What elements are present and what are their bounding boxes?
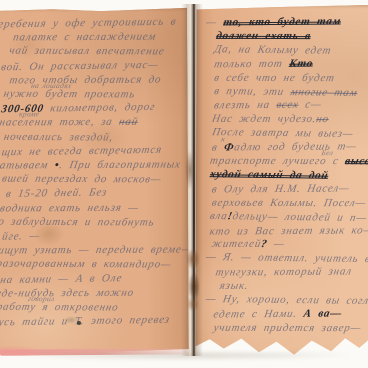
handwritten-line: водника ехать нельзя — bbox=[0, 201, 140, 214]
handwritten-text: верховьев Колымы. Посел— bbox=[211, 197, 367, 209]
handwritten-text: . При благоприятных bbox=[58, 159, 181, 172]
handwritten-text: в пути, эти bbox=[213, 85, 291, 98]
struck-text: Кто bbox=[288, 57, 314, 69]
handwritten-line: щих не всегда встречаются bbox=[1, 144, 163, 159]
binding-stains bbox=[183, 0, 203, 368]
handwritten-text: — Ну, хорошо, если вы согла— bbox=[205, 293, 368, 307]
handwritten-line: язык. bbox=[219, 280, 250, 292]
handwritten-text: с— bbox=[298, 99, 323, 111]
handwritten-line: работу я откровенноговорил bbox=[0, 301, 120, 314]
handwritten-text: ищут узнать — передние време— bbox=[0, 244, 189, 257]
handwritten-text: учителя придется завер— bbox=[213, 322, 363, 334]
handwritten-line: ночевались звездой, bbox=[3, 130, 114, 143]
handwritten-text: ночевались звездой, bbox=[3, 130, 114, 143]
handwritten-text: на камни — А в Оле bbox=[0, 272, 123, 286]
handwritten-line: влезть на всех с— bbox=[213, 99, 323, 112]
handwritten-line: в 15-20 дней. Без bbox=[5, 187, 108, 201]
struck-text: должен ехать в bbox=[215, 30, 312, 42]
handwritten-text: кто из Вас знает язык ко— bbox=[209, 224, 368, 237]
handwritten-text: влезть на bbox=[213, 99, 277, 111]
handwritten-line: верховьев Колымы. Посел— bbox=[211, 197, 367, 209]
handwritten-line: нужно будет проехатьна лошадях bbox=[3, 88, 137, 101]
handwritten-line: едете с Нами. А ва— bbox=[213, 307, 344, 320]
handwritten-line: разочарованным в командиро— bbox=[0, 258, 173, 271]
handwritten-line: усь тайги и Т. этого перевез bbox=[0, 314, 171, 329]
handwritten-line: худой самый да дой bbox=[209, 168, 330, 182]
handwritten-text: атываем bbox=[0, 159, 56, 171]
interline-insert: на лошадях bbox=[30, 80, 73, 92]
handwritten-text: вой. Он рассказывал учас— bbox=[0, 58, 159, 72]
handwritten-line: — то, кто будет там bbox=[205, 15, 342, 28]
struck-text: худой самый да дой bbox=[209, 168, 330, 182]
right-page: — то, кто будет тамдолжен ехать вДа, на … bbox=[196, 4, 368, 360]
handwritten-text: йге. — bbox=[1, 230, 41, 243]
handwritten-line: — Я. — ответил. учитель в bbox=[205, 251, 368, 265]
handwritten-text: — Я. — ответил. учитель в bbox=[205, 251, 368, 265]
dark-ink-text: А ва— bbox=[303, 307, 344, 319]
handwritten-line: чай записывал впечатление bbox=[8, 45, 165, 58]
handwritten-text: работу я откровенно bbox=[0, 301, 120, 314]
handwritten-text: о заблудиться и погибнуть bbox=[0, 215, 156, 228]
handwritten-text: только тот bbox=[213, 57, 290, 70]
struck-text: но bbox=[315, 113, 330, 125]
struck-text: то, кто будет там bbox=[222, 15, 342, 28]
left-page-text: гребения у офе устроившись впалатке с на… bbox=[0, 6, 189, 353]
handwritten-text: усь тайги и Т. этого перевез bbox=[0, 314, 171, 329]
handwritten-line: палатке с наслаждением bbox=[12, 31, 157, 44]
handwritten-text: палатке с наслаждением bbox=[12, 31, 157, 44]
handwritten-text: в 15-20 дней. Без bbox=[5, 187, 108, 201]
handwritten-line: После завтра мы выез— bbox=[211, 126, 354, 140]
handwritten-line: вой. Он рассказывал учас— bbox=[0, 58, 159, 72]
right-page-text: — то, кто будет тамдолжен ехать вДа, на … bbox=[196, 4, 368, 360]
handwritten-line: атываем •. При благоприятных bbox=[0, 159, 182, 172]
handwritten-text: чай записывал впечатление bbox=[8, 45, 165, 58]
handwritten-text: разочарованным в командиро— bbox=[0, 258, 173, 271]
handwritten-line: тунгузки, который знал bbox=[215, 266, 353, 279]
ink-speck bbox=[77, 321, 81, 325]
handwritten-text: в себе что не будет bbox=[213, 71, 336, 83]
struck-text: най bbox=[118, 116, 139, 128]
handwritten-text: водника ехать нельзя — bbox=[0, 201, 140, 214]
handwritten-line: Нас ждет чудезо.но bbox=[211, 113, 330, 125]
handwritten-line: вла!дельцу— лошадей и п— bbox=[209, 210, 368, 224]
handwritten-line: — Ну, хорошо, если вы согла— bbox=[205, 293, 368, 307]
handwritten-line: населения тоже, за найкроме bbox=[0, 116, 139, 129]
handwritten-line: о заблудиться и погибнуть bbox=[0, 215, 156, 228]
handwritten-line: жителей? — bbox=[211, 238, 286, 250]
handwritten-text: вшей переездах до москов— bbox=[1, 173, 162, 186]
struck-text: всех bbox=[275, 99, 299, 111]
handwritten-line: йге. — bbox=[1, 230, 41, 243]
handwritten-line: в себе что не будет bbox=[213, 71, 336, 83]
handwritten-text: язык. bbox=[219, 280, 250, 292]
handwritten-line: только тот Кто bbox=[213, 57, 314, 70]
left-page: гребения у офе устроившись впалатке с на… bbox=[0, 6, 189, 353]
notebook-photo: гребения у офе устроившись впалатке с на… bbox=[0, 0, 368, 368]
handwritten-line: гребения у офе устроившись в bbox=[0, 16, 177, 31]
handwritten-text: в Олу для Н.М. Насел— bbox=[211, 182, 351, 195]
handwritten-line: транспорте лучшего с высокБел bbox=[209, 155, 368, 167]
handwritten-line: в Олу для Н.М. Насел— bbox=[211, 182, 351, 195]
handwritten-line: в Фадлю год будешь т—к bbox=[211, 141, 358, 154]
handwritten-line: где-нибудь здесь можно bbox=[0, 287, 135, 300]
struck-text: многие там bbox=[289, 86, 358, 99]
handwritten-text: тунгузки, который знал bbox=[215, 266, 353, 279]
handwritten-text: Да, на Колыму едет bbox=[213, 43, 332, 57]
handwritten-line: ищут узнать — передние време— bbox=[0, 244, 189, 257]
interline-insert: Бел bbox=[320, 147, 334, 159]
handwritten-line: на камни — А в Оле bbox=[0, 272, 123, 286]
handwritten-text: дельцу— лошадей и п— bbox=[232, 210, 368, 224]
handwritten-text: едете с Нами. bbox=[213, 308, 305, 321]
handwritten-line: вшей переездах до москов— bbox=[1, 173, 162, 186]
handwritten-line: в пути, эти многие там bbox=[213, 85, 358, 99]
handwritten-text: Нас ждет чудезо. bbox=[211, 113, 317, 125]
handwritten-text: После завтра мы выез— bbox=[211, 126, 354, 140]
handwritten-line: Да, на Колыму едет bbox=[213, 43, 332, 57]
handwritten-text: километров, дорог bbox=[43, 101, 156, 115]
handwritten-line: кто из Вас знает язык ко— bbox=[209, 224, 368, 237]
handwritten-text: адлю год будешь т— bbox=[233, 141, 358, 154]
handwritten-line: должен ехать в bbox=[215, 30, 312, 42]
handwritten-text: жителей bbox=[211, 238, 262, 250]
handwritten-text: гребения у офе устроившись в bbox=[0, 16, 177, 31]
handwritten-text: — bbox=[266, 238, 285, 250]
handwritten-text: щих не всегда встречаются bbox=[1, 144, 163, 159]
interline-insert: говорил bbox=[27, 293, 56, 305]
struck-text: высок bbox=[344, 155, 368, 167]
interline-insert: кроме bbox=[18, 109, 40, 121]
handwritten-line: учителя придется завер— bbox=[213, 322, 363, 334]
handwritten-text: где-нибудь здесь можно bbox=[0, 287, 135, 300]
